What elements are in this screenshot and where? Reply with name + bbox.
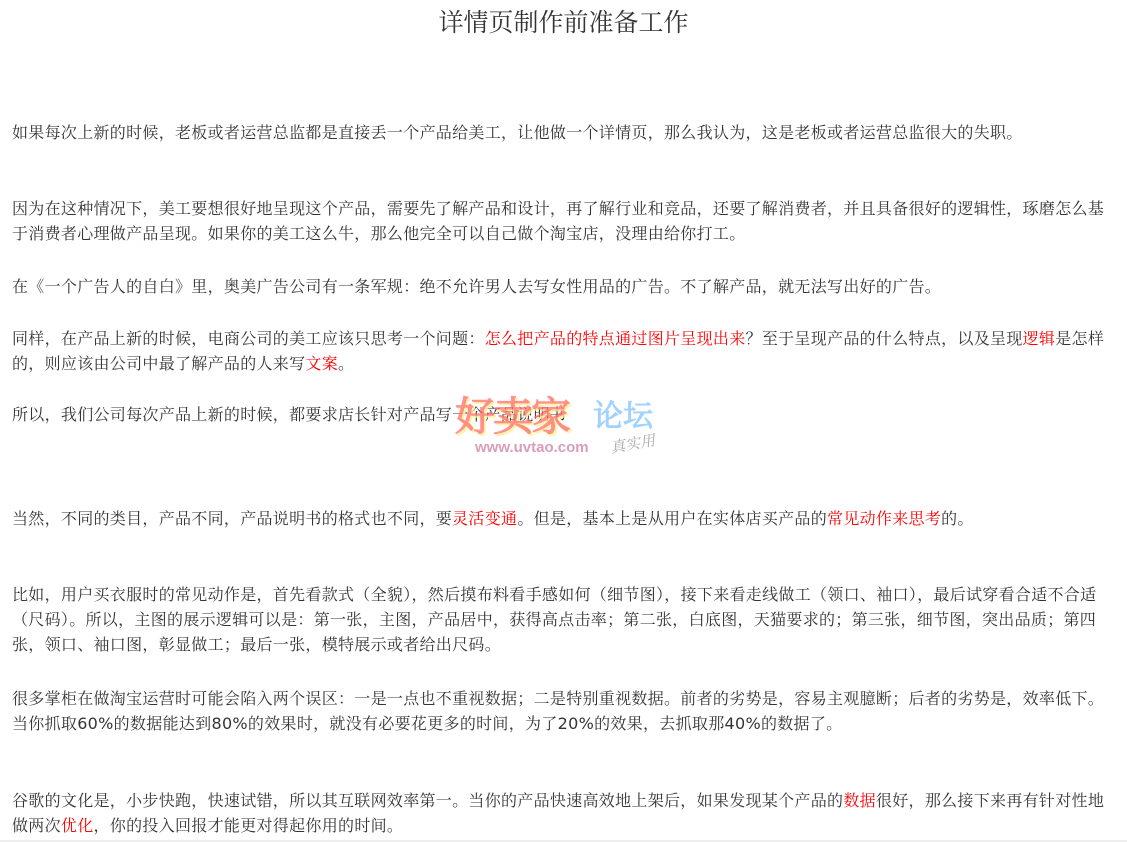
highlight-text: 灵活变通 <box>452 509 517 528</box>
paragraph-3: 在《一个广告人的自白》里，奥美广告公司有一条军规：绝不允许男人去写女性用品的广告… <box>12 274 941 299</box>
paragraph-4: 同样，在产品上新的时候，电商公司的美工应该只思考一个问题：怎么把产品的特点通过图… <box>12 326 1117 376</box>
paragraph-5: 所以，我们公司每次产品上新的时候，都要求店长针对产品写一个产品说明书 <box>12 402 566 427</box>
highlight-text: 文案 <box>305 354 338 373</box>
paragraph-8: 很多掌柜在做淘宝运营时可能会陷入两个误区：一是一点也不重视数据；二是特别重视数据… <box>12 686 1117 736</box>
paragraph-7: 比如，用户买衣服时的常见动作是，首先看款式（全貌），然后摸布料看手感如何（细节图… <box>12 582 1117 657</box>
paragraph-1: 如果每次上新的时候，老板或者运营总监都是直接丢一个产品给美工，让他做一个详情页，… <box>12 120 1023 145</box>
text-segment: 。但是，基本上是从用户在实体店买产品的 <box>517 509 827 528</box>
text-segment: ，你的投入回报才能更对得起你用的时间。 <box>94 816 404 835</box>
watermark-tag: 真实用 <box>609 429 657 457</box>
highlight-text: 数据 <box>843 791 876 810</box>
text-segment: 当然，不同的类目，产品不同，产品说明书的格式也不同，要 <box>12 509 452 528</box>
highlight-text: 怎么把产品的特点通过图片呈现出来 <box>485 329 746 348</box>
watermark-forum: 论坛 <box>593 391 653 435</box>
text-segment: ？至于呈现产品的什么特点，以及呈现 <box>746 329 1023 348</box>
paragraph-6: 当然，不同的类目，产品不同，产品说明书的格式也不同，要灵活变通。但是，基本上是从… <box>12 506 974 531</box>
highlight-text: 逻辑 <box>1023 329 1056 348</box>
text-segment: 谷歌的文化是，小步快跑，快速试错，所以其互联网效率第一。当你的产品快速高效地上架… <box>12 791 843 810</box>
paragraph-9: 谷歌的文化是，小步快跑，快速试错，所以其互联网效率第一。当你的产品快速高效地上架… <box>12 788 1117 838</box>
watermark-url: www.uvtao.com <box>475 439 589 456</box>
highlight-text: 常见动作来思考 <box>827 509 941 528</box>
text-segment: 的。 <box>941 509 974 528</box>
page-title: 详情页制作前准备工作 <box>0 6 1127 40</box>
text-segment: 。 <box>338 354 354 373</box>
highlight-text: 优化 <box>61 816 94 835</box>
text-segment: 同样，在产品上新的时候，电商公司的美工应该只思考一个问题： <box>12 329 485 348</box>
paragraph-2: 因为在这种情况下，美工要想很好地呈现这个产品，需要先了解产品和设计，再了解行业和… <box>12 196 1117 246</box>
